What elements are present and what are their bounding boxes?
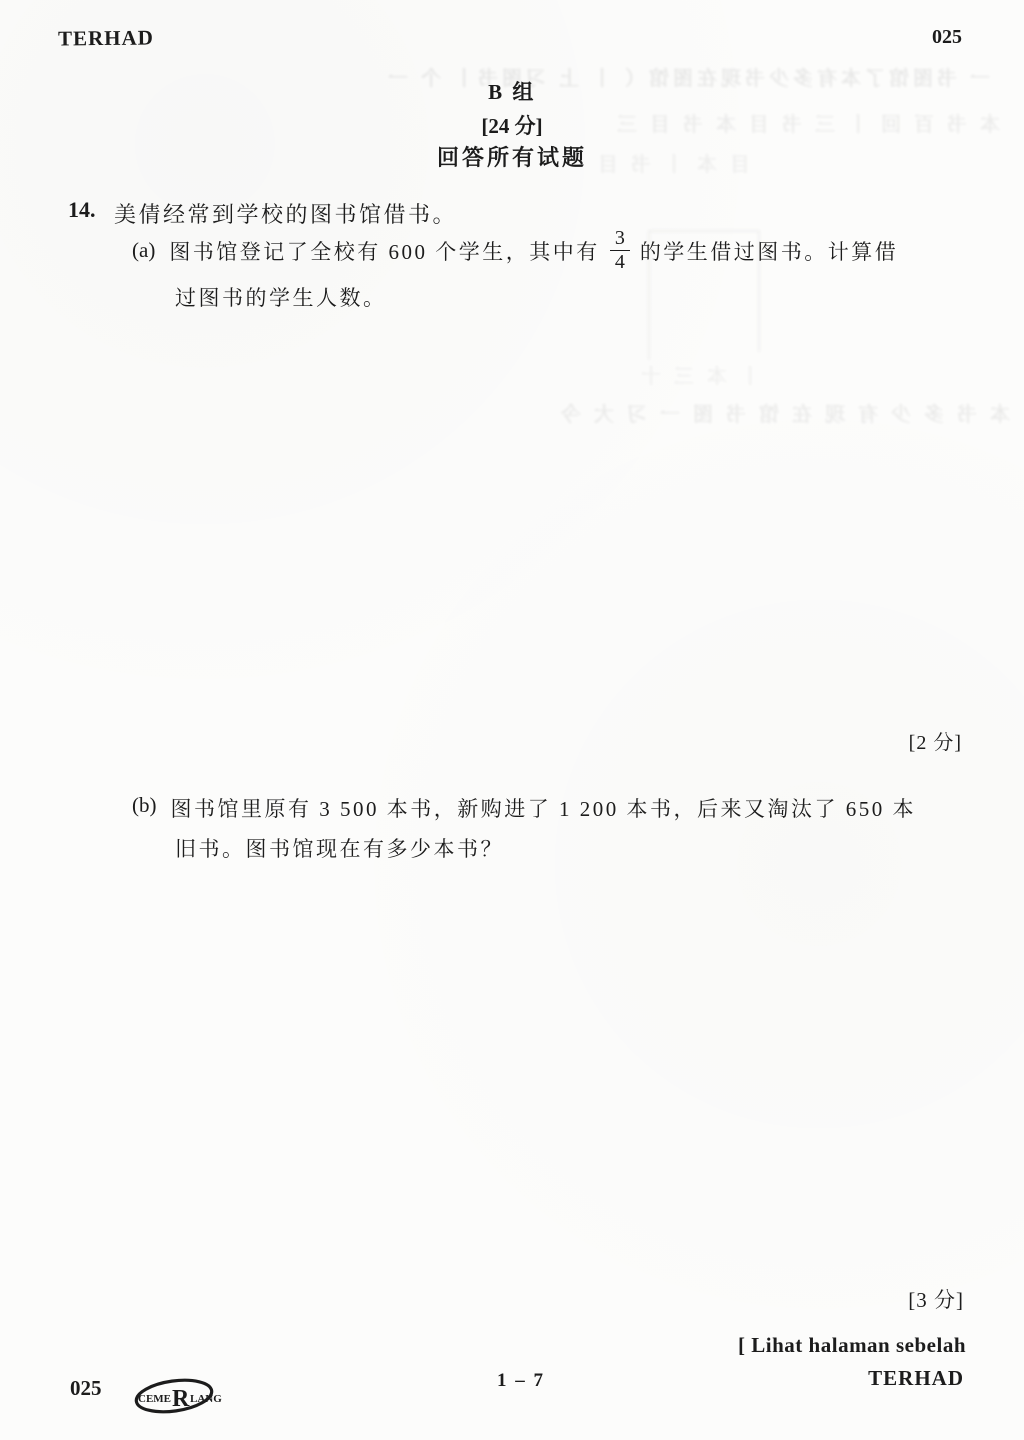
question-stem: 美倩经常到学校的图书馆借书。 [114, 198, 457, 229]
header-terhad-label: TERHAD [58, 25, 154, 51]
question-number: 14. [68, 197, 96, 223]
fraction-numerator: 3 [610, 228, 630, 251]
page-number: 1 – 7 [497, 1370, 545, 1392]
footer-terhad-label: TERHAD [868, 1366, 964, 1391]
cemerlang-logo: CEME R LANG [132, 1372, 244, 1418]
part-a-line1: (a) 图书馆登记了全校有 600 个学生，其中有 3 4 的学生借过图书。计算… [132, 228, 972, 273]
bleed-through-ghost: 丨 本 三 十 [560, 360, 760, 389]
footer-next-page-note: [ Lihat halaman sebelah [738, 1333, 966, 1358]
header-paper-code: 025 [932, 26, 962, 49]
part-b-line1: (b) 图书馆里原有 3 500 本书，新购进了 1 200 本书，后来又淘汰了… [132, 793, 992, 823]
bleed-through-ghost: 本 书 多 少 有 现 在 馆 书 图 一 习 大 今 [520, 398, 1010, 427]
logo-text-pre: CEME [138, 1393, 171, 1405]
logo-text-post: LANG [190, 1393, 222, 1405]
footer-paper-code: 025 [70, 1376, 102, 1401]
cemerlang-logo-graphic: CEME R LANG [132, 1372, 244, 1418]
fraction-three-quarters: 3 4 [610, 228, 630, 273]
part-b-line2: 旧书。图书馆现在有多少本书？ [175, 833, 504, 863]
part-a-marks: [2 分] [909, 726, 962, 755]
logo-text-r: R [172, 1386, 190, 1412]
part-a-label: (a) [132, 238, 155, 263]
section-instruction: 回答所有试题 [0, 141, 1024, 172]
section-title: B 组 [0, 76, 1024, 106]
section-total-marks: [24 分] [0, 110, 1024, 140]
exam-page: 一 书图馆了本有多少书现在图馆（ 丨 上 习图书丨 个 一 本 书 百 回 丨 … [0, 0, 1024, 1440]
fraction-denominator: 4 [615, 251, 625, 273]
part-b-label: (b) [132, 793, 157, 823]
part-b-marks: [3 分] [908, 1284, 964, 1314]
part-a-text-before: 图书馆登记了全校有 600 个学生，其中有 [169, 236, 600, 266]
part-b-text-line1: 图书馆里原有 3 500 本书，新购进了 1 200 本书，后来又淘汰了 650… [171, 793, 917, 823]
part-a-line2: 过图书的学生人数。 [175, 282, 387, 312]
part-a-text-after: 的学生借过图书。计算借 [640, 236, 899, 266]
